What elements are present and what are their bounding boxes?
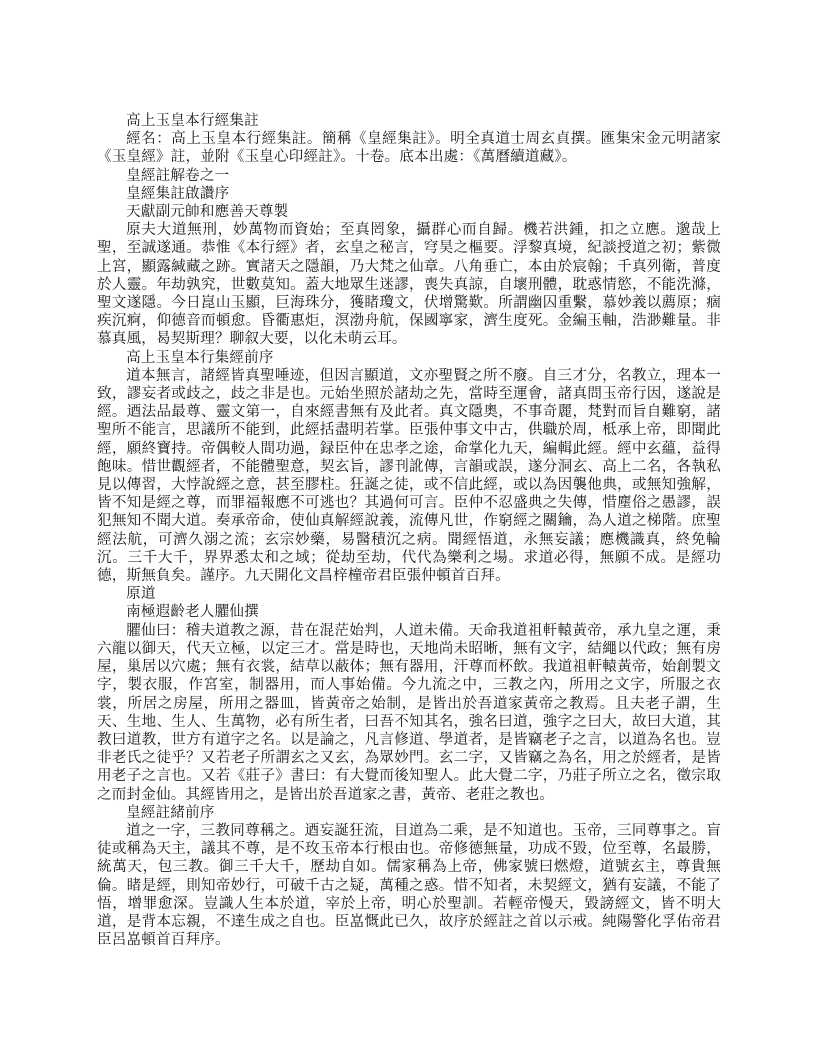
paragraph: 道之一字，三教同尊稱之。迺妄誕狂流，目道為二乘，是不知道也。玉帝，三同尊事之。盲… xyxy=(97,822,721,949)
section-heading: 皇經註緒前序 xyxy=(97,804,721,822)
section-heading: 原道 xyxy=(97,585,721,603)
section-heading: 皇經集註啟讚序 xyxy=(97,185,721,203)
doc-meta: 經名：高上玉皇本行經集註。簡稱《皇經集註》。明全真道士周玄貞撰。匯集宋金元明諸家… xyxy=(97,130,721,166)
section-heading: 天獻副元帥和應善天尊製 xyxy=(97,203,721,221)
document-page: 高上玉皇本行經集註經名：高上玉皇本行經集註。簡稱《皇經集註》。明全真道士周玄貞撰… xyxy=(0,0,816,1056)
section-heading: 皇經註解卷之一 xyxy=(97,167,721,185)
document-body: 高上玉皇本行經集註經名：高上玉皇本行經集註。簡稱《皇經集註》。明全真道士周玄貞撰… xyxy=(97,112,721,949)
doc-title: 高上玉皇本行經集註 xyxy=(97,112,721,130)
paragraph: 道本無言，諸經皆真聖唾迹，但因言顯道，文亦聖賢之所不廢。自三才分，名教立，理本一… xyxy=(97,367,721,585)
paragraph: 臞仙曰：稽夫道教之源，昔在混茫始判，人道未備。天命我道祖軒轅黃帝，承九皇之運，秉… xyxy=(97,622,721,804)
paragraph: 原夫大道無刑，妙萬物而資始；至真罔象，攝群心而自歸。機若洪鍾，扣之立應。邈哉上聖… xyxy=(97,221,721,348)
section-heading: 高上玉皇本行集經前序 xyxy=(97,349,721,367)
section-heading: 南極遐齡老人臞仙撰 xyxy=(97,603,721,621)
